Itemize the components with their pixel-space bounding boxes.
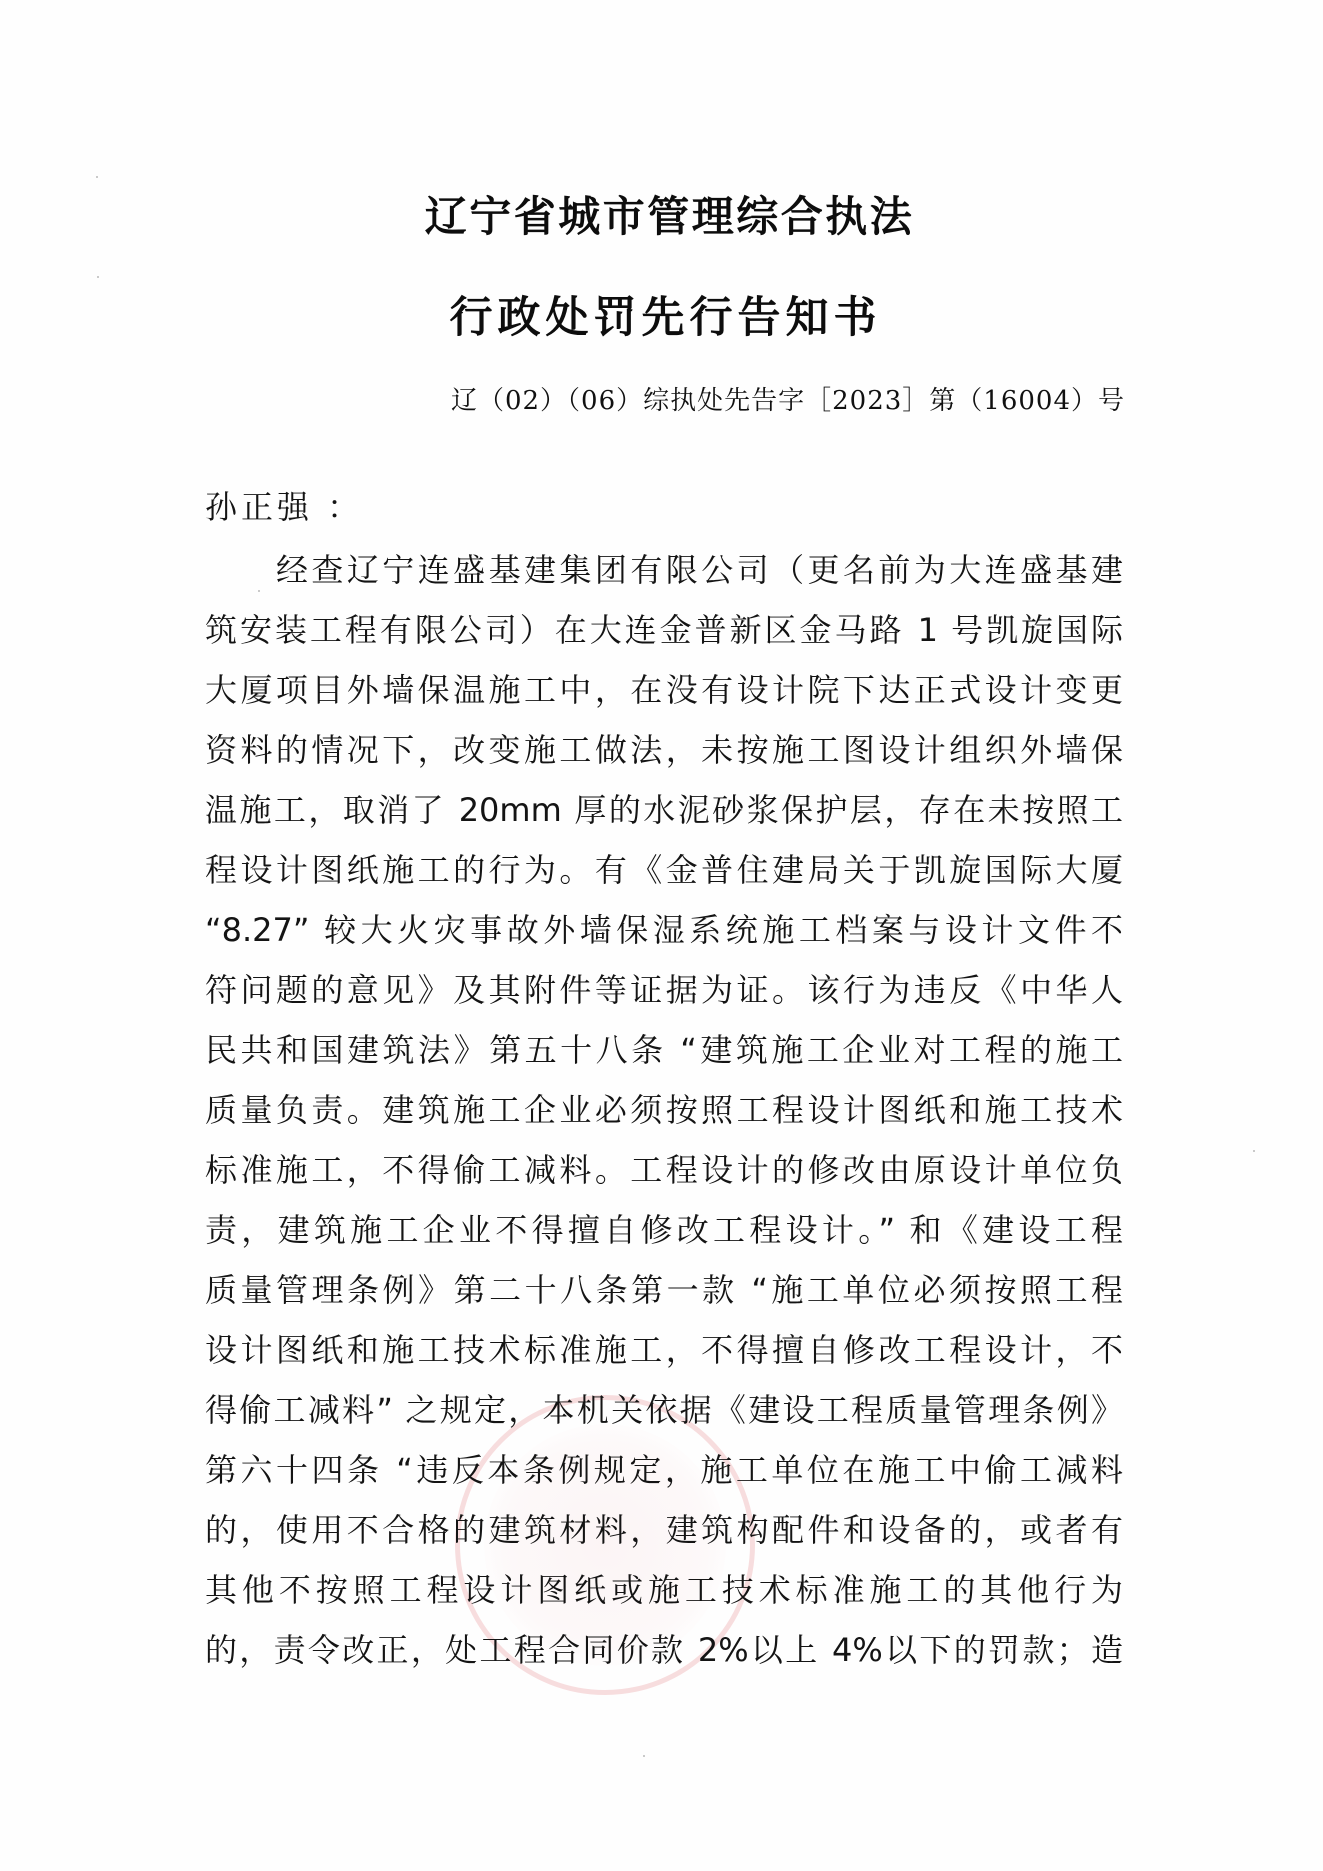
document-title-line-1: 辽宁省城市管理综合执法: [0, 184, 1323, 244]
body-line: 其他不按照工程设计图纸或施工技术标准施工的其他行为: [205, 1560, 1123, 1620]
body-line: 温施工，取消了 20mm 厚的水泥砂浆保护层，存在未按照工: [205, 780, 1123, 840]
body-line: 的，使用不合格的建筑材料，建筑构配件和设备的，或者有: [205, 1500, 1123, 1560]
document-number: 辽（02）（06）综执处先告字［2023］第（16004）号: [451, 380, 1125, 417]
addressee: 孙正强 ：: [205, 482, 363, 528]
body-line: 符问题的意见》及其附件等证据为证。该行为违反《中华人: [205, 960, 1123, 1020]
scan-speck: [1253, 1150, 1255, 1152]
scan-speck: [97, 276, 99, 278]
body-line: 第六十四条 “违反本条例规定，施工单位在施工中偷工减料: [205, 1440, 1123, 1500]
document-page: 辽宁省城市管理综合执法 行政处罚先行告知书 辽（02）（06）综执处先告字［20…: [0, 0, 1323, 1871]
document-title-line-2: 行政处罚先行告知书: [0, 284, 1323, 345]
body-line: 得偷工减料” 之规定，本机关依据《建设工程质量管理条例》: [205, 1380, 1123, 1440]
body-line: 责，建筑施工企业不得擅自修改工程设计。” 和《建设工程: [205, 1200, 1123, 1260]
body-line: 大厦项目外墙保温施工中，在没有设计院下达正式设计变更: [205, 660, 1123, 720]
scan-speck: [96, 176, 98, 178]
scan-speck: [258, 590, 260, 592]
document-body: 经查辽宁连盛基建集团有限公司（更名前为大连盛基建 筑安装工程有限公司）在大连金普…: [205, 540, 1123, 1680]
body-line: 质量负责。建筑施工企业必须按照工程设计图纸和施工技术: [205, 1080, 1123, 1140]
body-line: 筑安装工程有限公司）在大连金普新区金马路 1 号凯旋国际: [205, 600, 1123, 660]
body-line: 程设计图纸施工的行为。有《金普住建局关于凯旋国际大厦: [205, 840, 1123, 900]
scan-speck: [643, 1755, 645, 1757]
body-line: “8.27” 较大火灾事故外墙保湿系统施工档案与设计文件不: [205, 900, 1123, 960]
body-line: 设计图纸和施工技术标准施工，不得擅自修改工程设计，不: [205, 1320, 1123, 1380]
body-line: 标准施工，不得偷工减料。工程设计的修改由原设计单位负: [205, 1140, 1123, 1200]
body-line: 民共和国建筑法》第五十八条 “建筑施工企业对工程的施工: [205, 1020, 1123, 1080]
body-line: 质量管理条例》第二十八条第一款 “施工单位必须按照工程: [205, 1260, 1123, 1320]
body-line: 的，责令改正，处工程合同价款 2%以上 4%以下的罚款；造: [205, 1620, 1123, 1680]
body-line: 资料的情况下，改变施工做法，未按施工图设计组织外墙保: [205, 720, 1123, 780]
body-line: 经查辽宁连盛基建集团有限公司（更名前为大连盛基建: [205, 540, 1123, 600]
